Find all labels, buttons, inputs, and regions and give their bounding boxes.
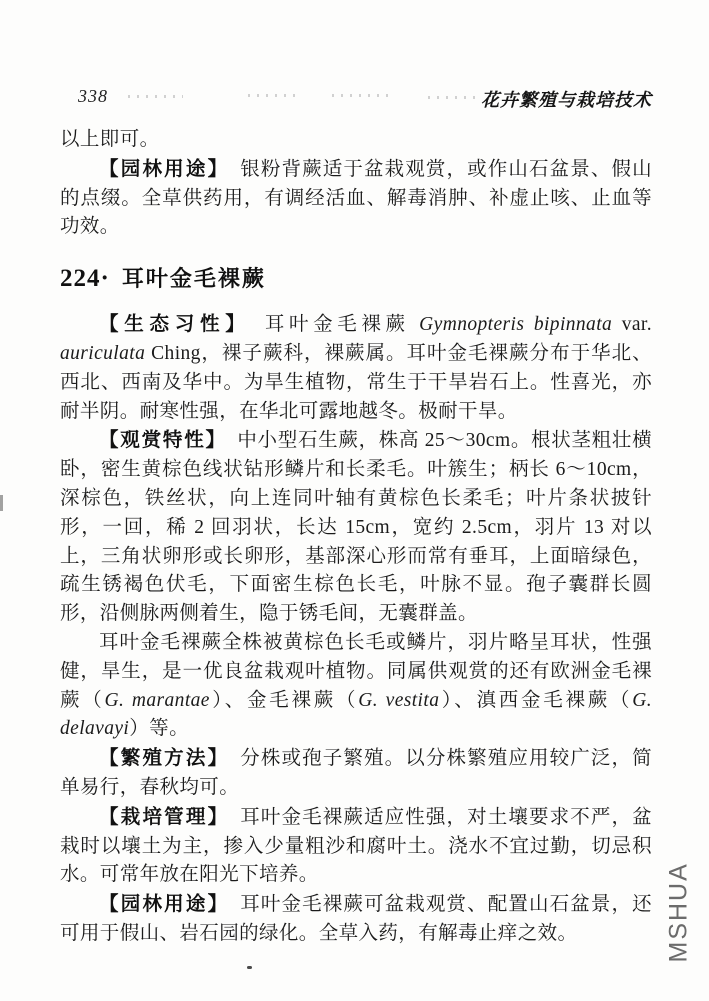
watermark: MSHUA	[665, 868, 693, 963]
scan-noise	[428, 96, 476, 99]
latin-name: Gymnopteris bipinnata	[419, 314, 612, 335]
scan-artifact	[247, 966, 252, 969]
paragraph: 【观赏特性】 中小型石生蕨，株高 25～30cm。根状茎粗壮横卧，密生黄棕色线状…	[60, 426, 652, 629]
text-run: 耳叶金毛裸蕨	[241, 314, 419, 335]
section-label: 【繁殖方法】	[99, 747, 220, 769]
book-page: 338 花卉繁殖与栽培技术 以上即可。【园林用途】 银粉背蕨适于盆栽观赏，或作山…	[0, 0, 709, 1001]
text-run: Ching，裸子蕨科，裸蕨属。耳叶金毛裸蕨分布于华北、西北、西南及华中。为旱生植…	[60, 343, 652, 422]
book-title: 花卉繁殖与栽培技术	[481, 86, 652, 112]
scan-noise	[332, 94, 390, 97]
scan-noise	[128, 95, 183, 98]
scan-artifact	[0, 495, 3, 511]
section-title: 耳叶金毛裸蕨	[122, 266, 266, 291]
text-run: 以上即可。	[60, 129, 160, 150]
paragraph: 【栽培管理】 耳叶金毛裸蕨适应性强，对土壤要求不严，盆栽时以壤土为主，掺入少量粗…	[60, 803, 652, 890]
latin-name: G. marantae	[105, 690, 210, 711]
paragraph: 【生态习性】 耳叶金毛裸蕨 Gymnopteris bipinnata var.…	[60, 310, 652, 426]
text-run: 中小型石生蕨，株高 25～30cm。根状茎粗壮横卧，密生黄棕色线状钻形鳞片和长柔…	[60, 430, 652, 624]
page-content: 以上即可。【园林用途】 银粉背蕨适于盆栽观赏，或作山石盆景、假山的点缀。全草供药…	[60, 126, 652, 949]
text-run: ）、金毛裸蕨（	[210, 690, 358, 711]
latin-name: auriculata	[60, 343, 145, 364]
section-heading: 224·耳叶金毛裸蕨	[60, 262, 652, 293]
latin-name: G. vestita	[358, 690, 439, 711]
text-run: var.	[612, 314, 652, 335]
paragraph: 以上即可。	[60, 126, 652, 155]
section-number: 224·	[60, 265, 110, 292]
scan-noise	[248, 94, 300, 97]
page-number: 338	[78, 86, 108, 107]
paragraph: 耳叶金毛裸蕨全株被黄棕色长毛或鳞片，羽片略呈耳状，性强健，旱生，是一优良盆栽观叶…	[60, 629, 652, 744]
section-label: 【园林用途】	[99, 893, 220, 915]
section-label: 【观赏特性】	[99, 429, 217, 451]
paragraph: 【园林用途】 耳叶金毛裸蕨可盆栽观赏、配置山石盆景，还可用于假山、岩石园的绿化。…	[60, 890, 652, 949]
section-label: 【生态习性】	[99, 313, 241, 335]
paragraph: 【园林用途】 银粉背蕨适于盆栽观赏，或作山石盆景、假山的点缀。全草供药用，有调经…	[60, 155, 652, 242]
text-run: ）、滇西金毛裸蕨（	[439, 690, 632, 711]
text-run: ）等。	[129, 718, 189, 739]
section-label: 【栽培管理】	[99, 806, 220, 828]
paragraph: 【繁殖方法】 分株或孢子繁殖。以分株繁殖应用较广泛，简单易行，春秋均可。	[60, 744, 652, 803]
section-label: 【园林用途】	[99, 158, 220, 180]
